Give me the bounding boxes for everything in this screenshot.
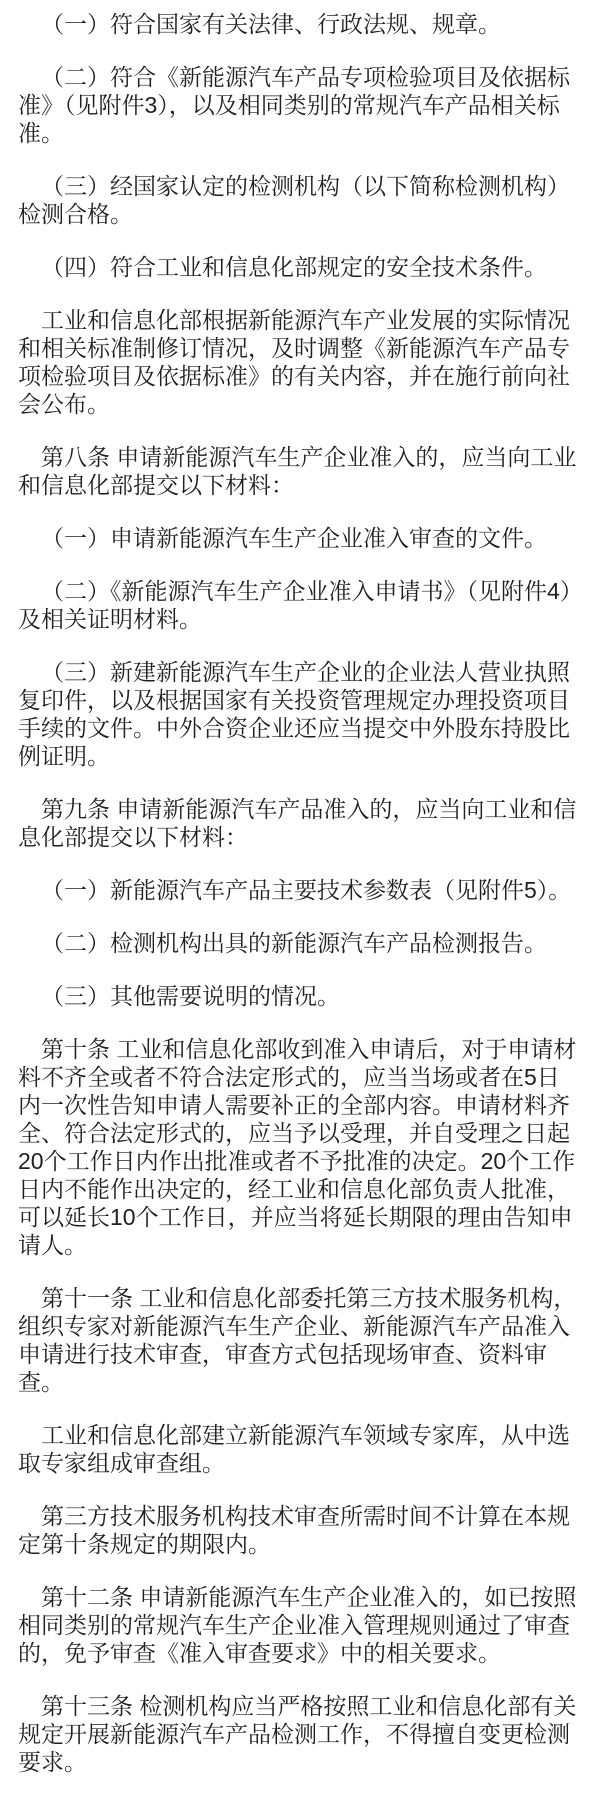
- paragraph: 第十三条 检测机构应当严格按照工业和信息化部有关规定开展新能源汽车产品检测工作，…: [18, 1692, 580, 1776]
- paragraph: （三）经国家认定的检测机构（以下简称检测机构）检测合格。: [18, 172, 580, 228]
- paragraph: 第十条 工业和信息化部收到准入申请后，对于申请材料不齐全或者不符合法定形式的，应…: [18, 1035, 580, 1259]
- paragraph: （二）检测机构出具的新能源汽车产品检测报告。: [18, 929, 580, 957]
- paragraph: （一）申请新能源汽车生产企业准入审查的文件。: [18, 524, 580, 552]
- paragraph: 工业和信息化部根据新能源汽车产业发展的实际情况和相关标准制修订情况，及时调整《新…: [18, 306, 580, 418]
- paragraph: 第九条 申请新能源汽车产品准入的，应当向工业和信息化部提交以下材料：: [18, 795, 580, 851]
- paragraph: （二）《新能源汽车生产企业准入申请书》（见附件4）及相关证明材料。: [18, 577, 580, 633]
- paragraph: 第十二条 申请新能源汽车生产企业准入的，如已按照相同类别的常规汽车生产企业准入管…: [18, 1583, 580, 1667]
- paragraph-list: （一）符合国家有关法律、行政法规、规章。（二）符合《新能源汽车产品专项检验项目及…: [18, 10, 580, 1776]
- paragraph: 工业和信息化部建立新能源汽车领域专家库，从中选取专家组成审查组。: [18, 1421, 580, 1477]
- paragraph: （二）符合《新能源汽车产品专项检验项目及依据标准》（见附件3），以及相同类别的常…: [18, 63, 580, 147]
- paragraph: （三）其他需要说明的情况。: [18, 982, 580, 1010]
- paragraph: 第八条 申请新能源汽车生产企业准入的，应当向工业和信息化部提交以下材料：: [18, 443, 580, 499]
- regulation-article: （一）符合国家有关法律、行政法规、规章。（二）符合《新能源汽车产品专项检验项目及…: [0, 0, 600, 1800]
- paragraph: （三）新建新能源汽车生产企业的企业法人营业执照复印件，以及根据国家有关投资管理规…: [18, 658, 580, 770]
- paragraph: （一）新能源汽车产品主要技术参数表（见附件5）。: [18, 876, 580, 904]
- paragraph: 第三方技术服务机构技术审查所需时间不计算在本规定第十条规定的期限内。: [18, 1502, 580, 1558]
- paragraph: 第十一条 工业和信息化部委托第三方技术服务机构，组织专家对新能源汽车生产企业、新…: [18, 1284, 580, 1396]
- paragraph: （一）符合国家有关法律、行政法规、规章。: [18, 10, 580, 38]
- paragraph: （四）符合工业和信息化部规定的安全技术条件。: [18, 253, 580, 281]
